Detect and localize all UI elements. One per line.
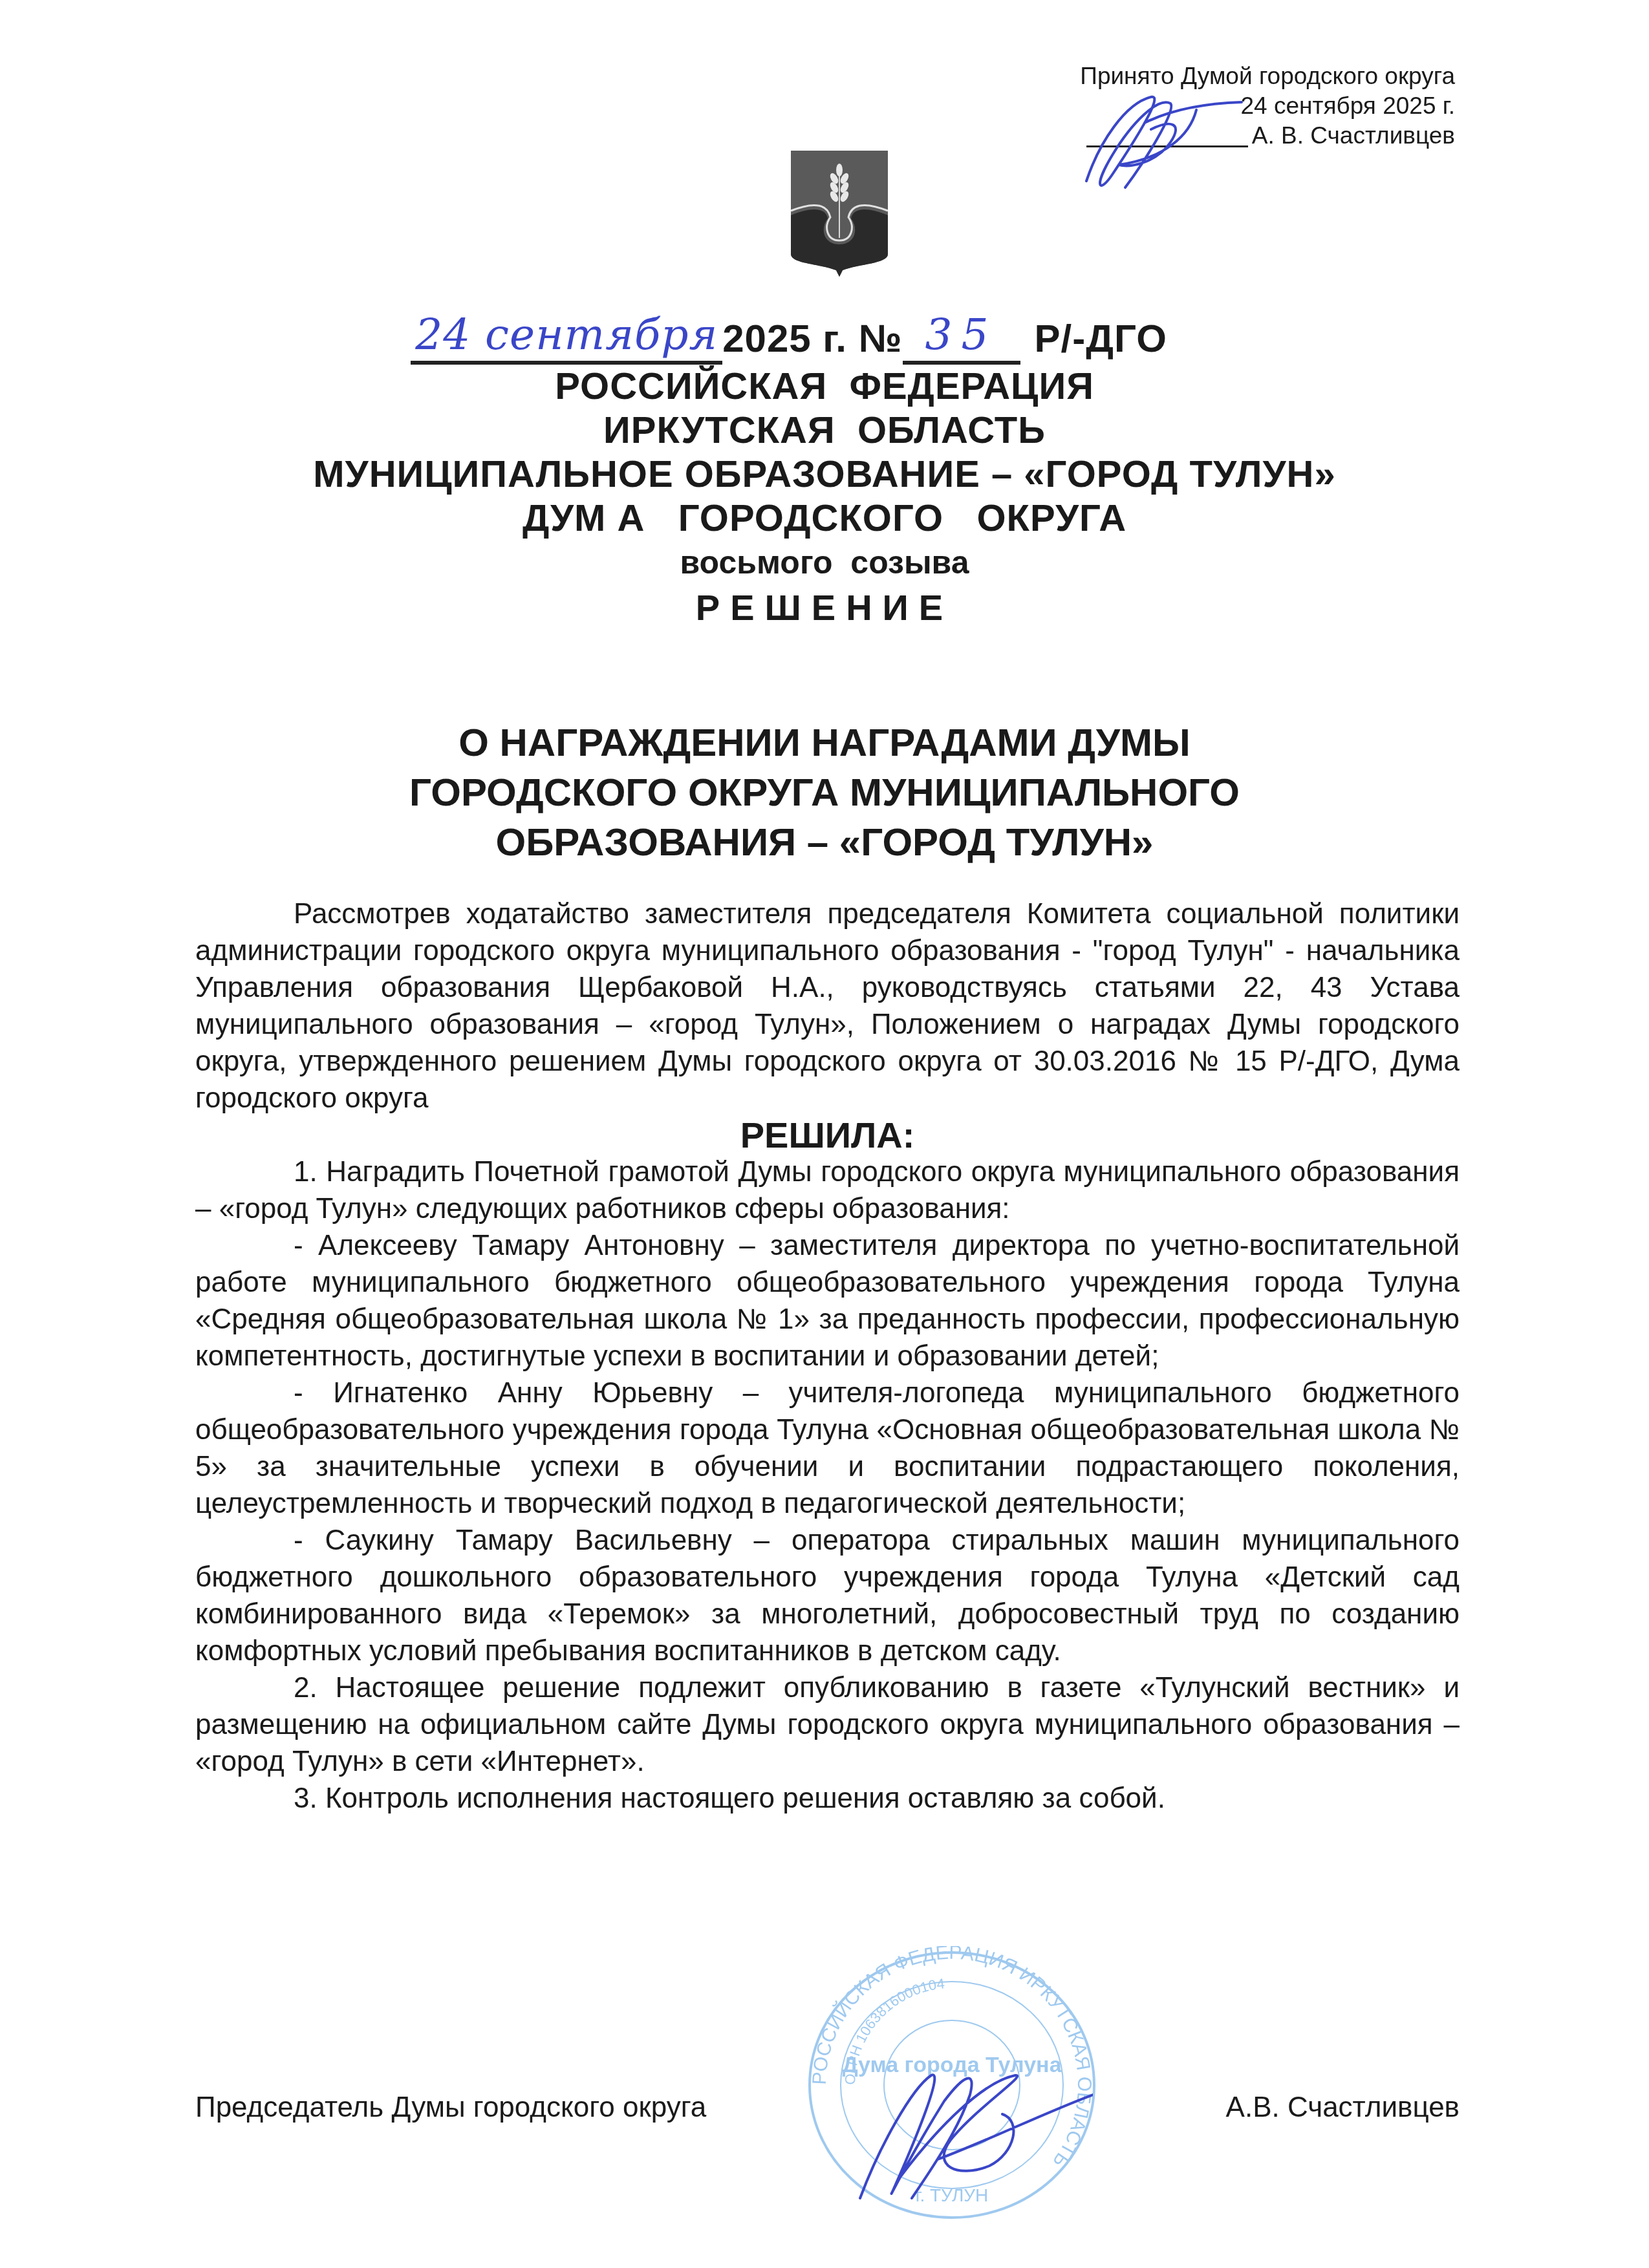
decision-number-suffix: Р/-ДГО	[1035, 313, 1167, 365]
preamble: Рассмотрев ходатайство заместителя предс…	[195, 895, 1460, 1117]
document-body: Рассмотрев ходатайство заместителя предс…	[195, 895, 1460, 1817]
region: ИРКУТСКАЯ ОБЛАСТЬ	[0, 409, 1649, 453]
signatory-position: Председатель Думы городского округа	[195, 2091, 706, 2124]
item-3: 3. Контроль исполнения настоящего решени…	[195, 1780, 1460, 1817]
item-2: 2. Настоящее решение подлежит опубликова…	[195, 1669, 1460, 1780]
country: РОССИЙСКАЯ ФЕДЕРАЦИЯ	[0, 365, 1649, 409]
awardee-3: - Саукину Тамару Васильевну – оператора …	[195, 1522, 1460, 1669]
handwritten-number: 35	[903, 309, 1020, 365]
handwritten-date: 24 сентября	[411, 309, 722, 365]
awardee-1: - Алексееву Тамару Антоновну – заместите…	[195, 1227, 1460, 1375]
decision-year: 2025 г. №	[722, 313, 902, 365]
signature-icon	[821, 2049, 1093, 2205]
municipality: МУНИЦИПАЛЬНОЕ ОБРАЗОВАНИЕ – «ГОРОД ТУЛУН…	[0, 453, 1649, 497]
decision-date-number: 24 сентября 2025 г. № 35 Р/-ДГО	[0, 309, 1649, 365]
resolved-heading: РЕШИЛА:	[195, 1117, 1460, 1153]
document-type: РЕШЕНИЕ	[0, 584, 1649, 631]
signature-icon	[1073, 84, 1293, 200]
duma-name: ДУМ А ГОРОДСКОГО ОКРУГА	[0, 497, 1649, 540]
title-line-1: О НАГРАЖДЕНИИ НАГРАДАМИ ДУМЫ	[0, 718, 1649, 767]
signatory-name: А.В. Счастливцев	[1226, 2091, 1460, 2124]
coat-of-arms-icon	[788, 147, 891, 277]
item-1: 1. Наградить Почетной грамотой Думы горо…	[195, 1153, 1460, 1227]
title-line-2: ГОРОДСКОГО ОКРУГА МУНИЦИПАЛЬНОГО	[0, 767, 1649, 817]
awardee-2: - Игнатенко Анну Юрьевну – учителя-логоп…	[195, 1375, 1460, 1522]
convocation: восьмого созыва	[0, 540, 1649, 584]
document-header: 24 сентября 2025 г. № 35 Р/-ДГО РОССИЙСК…	[0, 309, 1649, 631]
document-title: О НАГРАЖДЕНИИ НАГРАДАМИ ДУМЫ ГОРОДСКОГО …	[0, 718, 1649, 867]
title-line-3: ОБРАЗОВАНИЯ – «ГОРОД ТУЛУН»	[0, 817, 1649, 867]
